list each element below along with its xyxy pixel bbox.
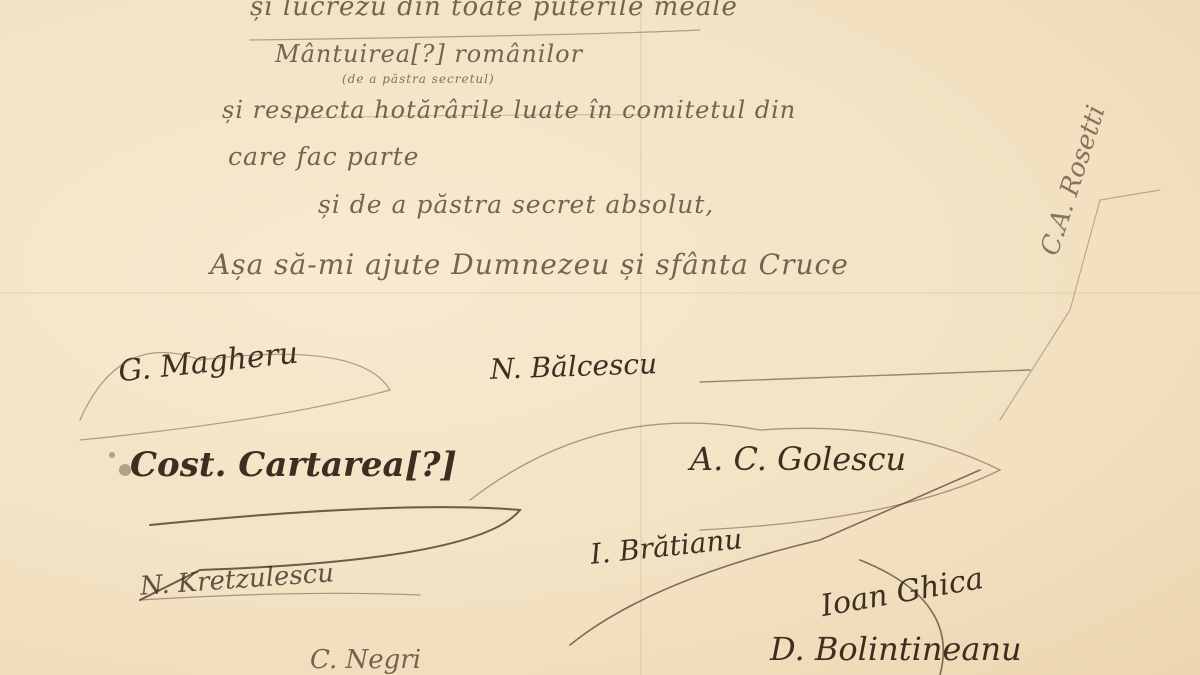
signature-flourishes	[0, 0, 1200, 675]
manuscript-page: și lucrezu din toate puterile meale Mânt…	[0, 0, 1200, 675]
